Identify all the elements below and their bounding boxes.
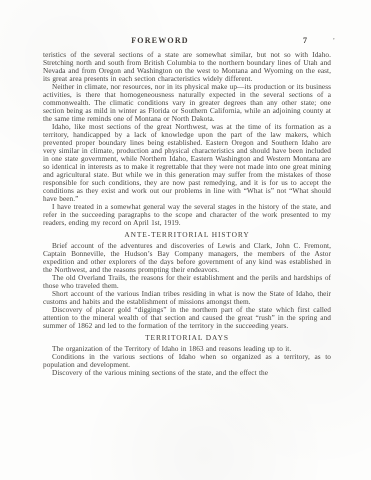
- section-heading-ante-territorial-history: ANTE-TERRITORIAL HISTORY: [43, 227, 331, 242]
- territorial-days-paragraph-2: Conditions in the various sections of Id…: [43, 353, 331, 369]
- foreword-paragraph-2: Neither in climate, nor resources, nor i…: [43, 83, 331, 123]
- scan-stray-mark: ’: [333, 37, 335, 45]
- page-title: FOREWORD: [43, 36, 277, 45]
- book-page: FOREWORD 7 ’ teristics of the several se…: [0, 0, 371, 480]
- foreword-paragraph-3: Idaho, like most sections of the great N…: [43, 123, 331, 203]
- section-heading-territorial-days: TERRITORIAL DAYS: [43, 330, 331, 345]
- foreword-text-block: teristics of the several sections of a s…: [43, 51, 331, 377]
- territorial-days-paragraph-3: Discovery of the various mining sections…: [43, 369, 331, 377]
- ante-territorial-paragraph-4: Discovery of placer gold “diggings” in t…: [43, 306, 331, 330]
- page-number: 7: [303, 36, 307, 45]
- running-head: FOREWORD 7 ’: [43, 36, 341, 48]
- foreword-paragraph-1: teristics of the several sections of a s…: [43, 51, 331, 83]
- ante-territorial-paragraph-3: Short account of the various Indian trib…: [43, 290, 331, 306]
- ante-territorial-paragraph-2: The old Overland Trails, the reasons for…: [43, 274, 331, 290]
- ante-territorial-paragraph-1: Brief account of the adventures and disc…: [43, 242, 331, 274]
- foreword-paragraph-4: I have treated in a somewhat general way…: [43, 203, 331, 227]
